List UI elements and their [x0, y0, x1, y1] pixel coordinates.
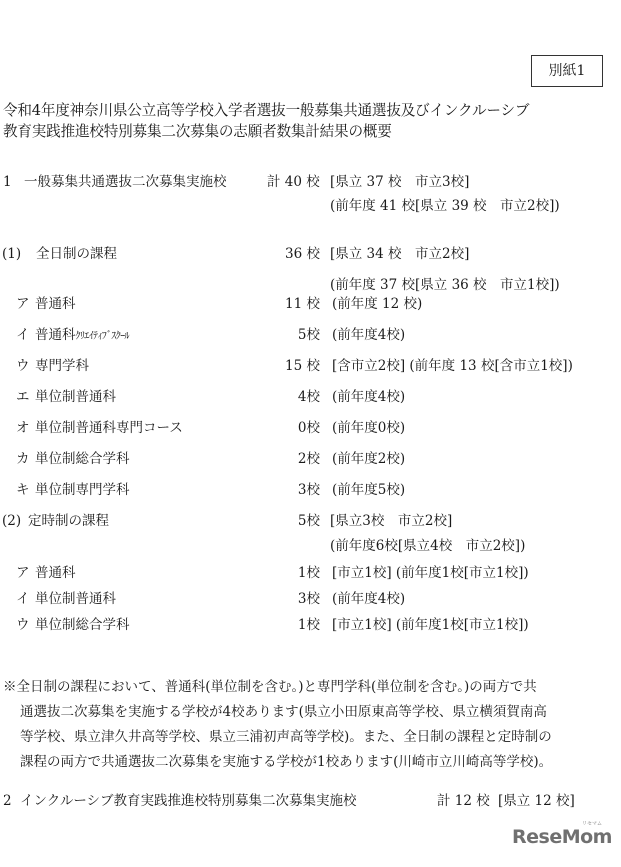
- section-2-row: 2 インクルーシブ教育実践推進校特別募集二次募集実施校 計 12 校 [県立 1…: [0, 795, 621, 815]
- full-time-item: イ 普通科ｸﾘｴｲﾃｨﾌﾞｽｸｰﾙ 5校 (前年度4校): [0, 329, 621, 349]
- part-time-item: ウ 単位制総合学科 1校 [市立1校] (前年度1校[市立1校]): [0, 619, 621, 639]
- item-count: 3校: [298, 484, 320, 498]
- annex-label-box: 別紙1: [531, 55, 603, 87]
- full-time-number: (1): [2, 248, 21, 262]
- item-name: 普通科: [35, 298, 76, 312]
- item-detail: (前年度5校): [332, 484, 405, 498]
- item-detail: (前年度0校): [332, 422, 405, 436]
- full-time-item: ア 普通科 11 校 (前年度 12 校): [0, 298, 621, 318]
- section-2-heading: インクルーシブ教育実践推進校特別募集二次募集実施校: [20, 795, 357, 809]
- item-count: 1校: [298, 619, 320, 633]
- full-time-breakdown: [県立 34 校 市立2校]: [330, 248, 469, 262]
- document-title-line-1: 令和4年度神奈川県公立高等学校入学者選抜一般募集共通選抜及びインクルーシブ: [3, 104, 529, 119]
- footnote-line: 等学校、県立津久井高等学校、県立三浦初声高等学校)。また、全日制の課程と定時制の: [20, 731, 552, 745]
- item-name: 単位制総合学科: [35, 453, 130, 467]
- item-detail: [市立1校] (前年度1校[市立1校]): [332, 567, 529, 581]
- resemom-logo-kana: リセマム: [582, 822, 602, 827]
- item-mark: オ: [16, 422, 30, 436]
- item-count: 2校: [298, 453, 320, 467]
- section-1-breakdown: [県立 37 校 市立3校]: [330, 176, 469, 190]
- part-time-item: ア 普通科 1校 [市立1校] (前年度1校[市立1校]): [0, 567, 621, 587]
- document-title-line-2: 教育実践推進校特別募集二次募集の志願者数集計結果の概要: [3, 125, 392, 140]
- item-detail: (前年度2校): [332, 453, 405, 467]
- item-mark: ウ: [16, 360, 30, 374]
- part-time-heading: 定時制の課程: [28, 515, 109, 529]
- part-time-row: (2) 定時制の課程 5校 [県立3校 市立2校]: [0, 515, 621, 535]
- item-mark: ア: [16, 567, 30, 581]
- item-mark: イ: [16, 329, 30, 343]
- item-detail: (前年度 12 校): [332, 298, 422, 312]
- item-detail: (前年度4校): [332, 329, 405, 343]
- resemom-logo: ReseMom リセマム: [512, 828, 612, 847]
- item-detail: [市立1校] (前年度1校[市立1校]): [332, 619, 529, 633]
- section-1-number: 1: [3, 176, 12, 190]
- full-time-item: キ 単位制専門学科 3校 (前年度5校): [0, 484, 621, 504]
- item-count: 1校: [298, 567, 320, 581]
- part-time-item: イ 単位制普通科 3校 (前年度4校): [0, 593, 621, 613]
- item-name: 単位制普通科専門コース: [35, 422, 183, 436]
- annex-label: 別紙1: [549, 64, 586, 78]
- item-name: 普通科ｸﾘｴｲﾃｨﾌﾞｽｸｰﾙ: [35, 329, 129, 343]
- item-detail: (前年度4校): [332, 391, 405, 405]
- full-time-count: 36 校: [285, 248, 320, 262]
- item-mark: キ: [16, 484, 30, 498]
- item-name: 単位制専門学科: [35, 484, 130, 498]
- full-time-heading: 全日制の課程: [36, 248, 117, 262]
- item-count: 5校: [298, 329, 320, 343]
- item-mark: エ: [16, 391, 30, 405]
- item-count: 11 校: [285, 298, 320, 312]
- item-count: 0校: [298, 422, 320, 436]
- item-mark: カ: [16, 453, 30, 467]
- resemom-logo-text: ReseMom: [512, 826, 612, 848]
- item-count: 15 校: [285, 360, 320, 374]
- item-name-suffix: ｸﾘｴｲﾃｨﾌﾞｽｸｰﾙ: [76, 331, 129, 342]
- item-mark: イ: [16, 593, 30, 607]
- full-time-item: エ 単位制普通科 4校 (前年度4校): [0, 391, 621, 411]
- full-time-previous: (前年度 37 校[県立 36 校 市立1校]): [330, 279, 560, 293]
- full-time-item: ウ 専門学科 15 校 [含市立2校] (前年度 13 校[含市立1校]): [0, 360, 621, 380]
- part-time-count: 5校: [298, 515, 320, 529]
- item-detail: (前年度4校): [332, 593, 405, 607]
- item-name: 専門学科: [35, 360, 89, 374]
- item-count: 3校: [298, 593, 320, 607]
- section-1-total: 計 40 校: [267, 176, 320, 190]
- section-2-total: 計 12 校: [437, 795, 490, 809]
- part-time-breakdown: [県立3校 市立2校]: [330, 515, 452, 529]
- section-2-breakdown: [県立 12 校]: [498, 795, 575, 809]
- item-name: 単位制総合学科: [35, 619, 130, 633]
- item-name: 普通科: [35, 567, 76, 581]
- item-name: 単位制普通科: [35, 391, 116, 405]
- full-time-item: カ 単位制総合学科 2校 (前年度2校): [0, 453, 621, 473]
- section-1-heading: 一般募集共通選抜二次募集実施校: [24, 176, 227, 190]
- section-1-row: 1 一般募集共通選抜二次募集実施校 計 40 校 [県立 37 校 市立3校]: [0, 176, 621, 196]
- section-2-number: 2: [3, 795, 12, 809]
- section-1-previous: (前年度 41 校[県立 39 校 市立2校]): [330, 200, 560, 214]
- part-time-previous: (前年度6校[県立4校 市立2校]): [330, 540, 525, 554]
- footnote-line: 通選抜二次募集を実施する学校が4校あります(県立小田原東高等学校、県立横須賀南高: [20, 706, 547, 720]
- footnote-line: 課程の両方で共通選抜二次募集を実施する学校が1校あります(川崎市立川崎高等学校)…: [20, 756, 552, 770]
- footnote-line: ※全日制の課程において、普通科(単位制を含む。)と専門学科(単位制を含む。)の両…: [3, 681, 537, 695]
- item-name-main: 普通科: [35, 327, 76, 343]
- item-count: 4校: [298, 391, 320, 405]
- item-mark: ウ: [16, 619, 30, 633]
- full-time-row: (1) 全日制の課程 36 校 [県立 34 校 市立2校]: [0, 248, 621, 268]
- item-detail: [含市立2校] (前年度 13 校[含市立1校]): [332, 360, 573, 374]
- item-name: 単位制普通科: [35, 593, 116, 607]
- item-mark: ア: [16, 298, 30, 312]
- full-time-item: オ 単位制普通科専門コース 0校 (前年度0校): [0, 422, 621, 442]
- part-time-number: (2): [2, 515, 21, 529]
